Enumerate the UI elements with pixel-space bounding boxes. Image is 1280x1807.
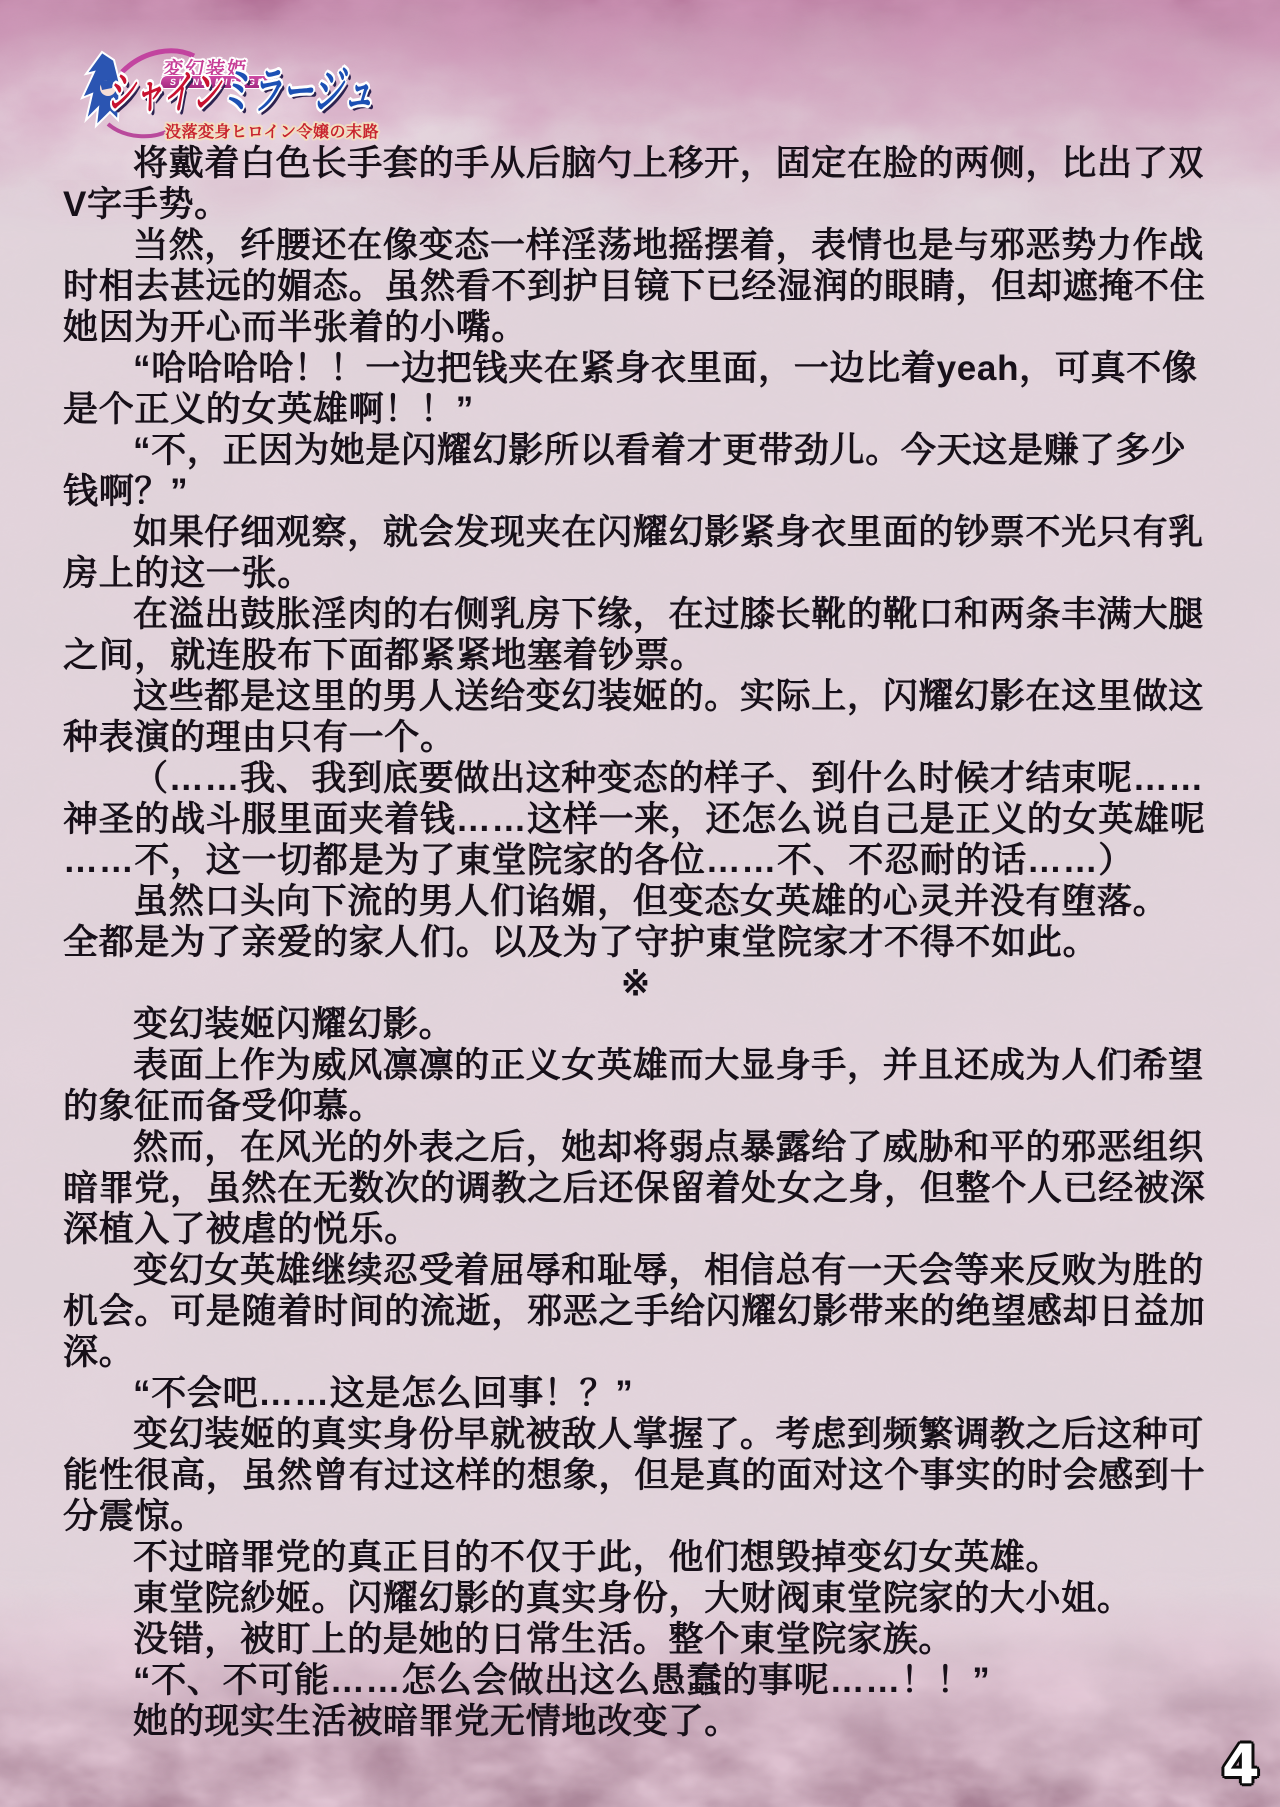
text-line: 東堂院紗姬。闪耀幻影的真实身份，大财阀東堂院家的大小姐。 bbox=[63, 1578, 1208, 1619]
logo: 変幻装姫 SHINE MIRAGE シャインミラージュ 没落変身ヒロイン令嬢の末… bbox=[78, 44, 408, 144]
text-line: 之间，就连股布下面都紧紧地塞着钞票。 bbox=[63, 635, 1208, 676]
logo-title-blue: ミラージュ bbox=[218, 63, 382, 119]
text-line: “不会吧……这是怎么回事！？” bbox=[63, 1373, 1208, 1414]
text-line: 房上的这一张。 bbox=[63, 553, 1208, 594]
text-line: 表面上作为威风凛凛的正义女英雄而大显身手，并且还成为人们希望 bbox=[63, 1045, 1208, 1086]
text-line: ※ bbox=[63, 963, 1208, 1004]
text-line: 变幻装姬的真实身份早就被敌人掌握了。考虑到频繁调教之后这种可 bbox=[63, 1414, 1208, 1455]
page-number: 4 bbox=[1222, 1733, 1260, 1796]
logo-title: シャインミラージュ bbox=[105, 66, 381, 116]
text-line: 没错，被盯上的是她的日常生活。整个東堂院家族。 bbox=[63, 1619, 1208, 1660]
text-line: “哈哈哈哈！！一边把钱夹在紧身衣里面，一边比着yeah，可真不像 bbox=[63, 348, 1208, 389]
text-line: （……我、我到底要做出这种变态的样子、到什么时候才结束呢…… bbox=[63, 758, 1208, 799]
text-line: 的象征而备受仰慕。 bbox=[63, 1086, 1208, 1127]
text-line: 不过暗罪党的真正目的不仅于此，他们想毁掉变幻女英雄。 bbox=[63, 1537, 1208, 1578]
text-line: 深植入了被虐的悦乐。 bbox=[63, 1209, 1208, 1250]
text-line: 全都是为了亲爱的家人们。以及为了守护東堂院家才不得不如此。 bbox=[63, 922, 1208, 963]
text-line: 神圣的战斗服里面夹着钱……这样一来，还怎么说自己是正义的女英雄呢 bbox=[63, 799, 1208, 840]
text-line: 分震惊。 bbox=[63, 1496, 1208, 1537]
logo-swirl-icon bbox=[108, 124, 170, 136]
text-line: 当然，纤腰还在像变态一样淫荡地摇摆着，表情也是与邪恶势力作战 bbox=[63, 225, 1208, 266]
text-line: 钱啊？” bbox=[63, 471, 1208, 512]
page-root: 変幻装姫 SHINE MIRAGE シャインミラージュ 没落変身ヒロイン令嬢の末… bbox=[0, 0, 1280, 1807]
text-line: 机会。可是随着时间的流逝，邪恶之手给闪耀幻影带来的绝望感却日益加 bbox=[63, 1291, 1208, 1332]
text-line: “不、不可能……怎么会做出这么愚蠢的事呢……！！” bbox=[63, 1660, 1208, 1701]
text-line: 时相去甚远的媚态。虽然看不到护目镜下已经湿润的眼睛，但却遮掩不住 bbox=[63, 266, 1208, 307]
text-line: 如果仔细观察，就会发现夹在闪耀幻影紧身衣里面的钞票不光只有乳 bbox=[63, 512, 1208, 553]
text-block: 将戴着白色长手套的手从后脑勺上移开，固定在脸的两侧，比出了双V字手势。当然，纤腰… bbox=[63, 143, 1208, 1742]
text-line: 她的现实生活被暗罪党无情地改变了。 bbox=[63, 1701, 1208, 1742]
text-line: 深。 bbox=[63, 1332, 1208, 1373]
text-line: 能性很高，虽然曾有过这样的想象，但是真的面对这个事实的时会感到十 bbox=[63, 1455, 1208, 1496]
text-line: 变幻女英雄继续忍受着屈辱和耻辱，相信总有一天会等来反败为胜的 bbox=[63, 1250, 1208, 1291]
text-line: 暗罪党，虽然在无数次的调教之后还保留着处女之身，但整个人已经被深 bbox=[63, 1168, 1208, 1209]
text-line: ……不，这一切都是为了東堂院家的各位……不、不忍耐的话……） bbox=[63, 840, 1208, 881]
text-line: 然而，在风光的外表之后，她却将弱点暴露给了威胁和平的邪恶组织 bbox=[63, 1127, 1208, 1168]
text-line: V字手势。 bbox=[63, 184, 1208, 225]
logo-subtitle: 没落変身ヒロイン令嬢の末路 bbox=[165, 119, 379, 142]
text-line: “不，正因为她是闪耀幻影所以看着才更带劲儿。今天这是赚了多少 bbox=[63, 430, 1208, 471]
text-line: 这些都是这里的男人送给变幻装姬的。实际上，闪耀幻影在这里做这 bbox=[63, 676, 1208, 717]
text-line: 她因为开心而半张着的小嘴。 bbox=[63, 307, 1208, 348]
text-line: 虽然口头向下流的男人们谄媚，但变态女英雄的心灵并没有堕落。 bbox=[63, 881, 1208, 922]
logo-title-red: シャイン bbox=[105, 66, 228, 118]
text-line: 变幻装姬闪耀幻影。 bbox=[63, 1004, 1208, 1045]
text-line: 将戴着白色长手套的手从后脑勺上移开，固定在脸的两侧，比出了双 bbox=[63, 143, 1208, 184]
text-line: 在溢出鼓胀淫肉的右侧乳房下缘，在过膝长靴的靴口和两条丰满大腿 bbox=[63, 594, 1208, 635]
text-line: 是个正义的女英雄啊！！” bbox=[63, 389, 1208, 430]
text-line: 种表演的理由只有一个。 bbox=[63, 717, 1208, 758]
